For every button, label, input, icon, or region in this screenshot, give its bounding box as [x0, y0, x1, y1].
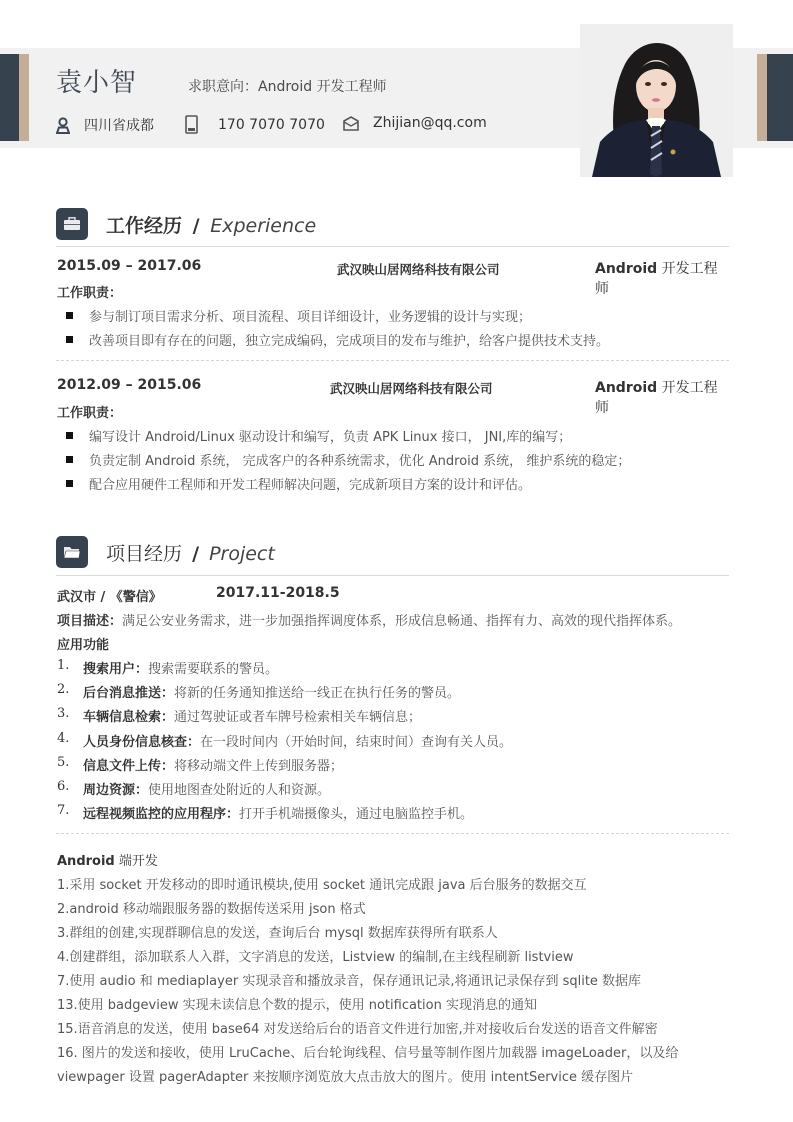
- decor-stripe-dark-left: [0, 54, 19, 141]
- android-item: viewpager 设置 pagerAdapter 来按顺序浏览放大点击放大的图…: [57, 1066, 633, 1085]
- feature-item: 6.周边资源：使用地图查处附近的人和资源。: [57, 779, 330, 798]
- section-title-en: Experience: [210, 215, 316, 237]
- feature-text: 在一段时间内（开始时间，结束时间）查询有关人员。: [200, 731, 512, 750]
- feature-title: 后台消息推送：: [83, 682, 174, 701]
- feature-number: 4.: [57, 731, 83, 750]
- feature-item: 7.远程视频监控的应用程序：打开手机端摄像头，通过电脑监控手机。: [57, 803, 473, 822]
- android-item: 4.创建群组，添加联系人入群，文字消息的发送，Listview 的编制,在主线程…: [57, 946, 574, 965]
- duty-item: 参与制订项目需求分析、项目流程、项目详细设计，业务逻辑的设计与实现；: [66, 306, 531, 325]
- job-company: 武汉映山居网络科技有限公司: [330, 379, 493, 397]
- dashed-divider: [56, 360, 729, 361]
- section-title-slash: /: [192, 543, 199, 565]
- section-title-slash: /: [193, 215, 200, 237]
- project-date: 2017.11-2018.5: [216, 585, 340, 601]
- section-title-en: Project: [209, 543, 275, 565]
- candidate-name: 袁小智: [56, 62, 137, 99]
- feature-number: 3.: [57, 706, 83, 725]
- section-title-project: 项目经历 / Project: [106, 539, 275, 566]
- duty-item: 编写设计 Android/Linux 驱动设计和编写，负责 APK Linux …: [66, 426, 571, 445]
- feature-text: 搜索需要联系的警员。: [148, 658, 278, 677]
- features-label: 应用功能: [57, 634, 109, 653]
- android-item: 16. 图片的发送和接收，使用 LruCache、后台轮询线程、信号量等制作图片…: [57, 1042, 678, 1061]
- feature-item: 3.车辆信息检索：通过驾驶证或者车牌号检索相关车辆信息；: [57, 706, 421, 725]
- project-place: 武汉市 / 《警信》: [57, 586, 162, 605]
- mobile-phone-icon: [185, 115, 198, 134]
- android-label-bold: Android: [57, 854, 115, 869]
- feature-text: 打开手机端摄像头，通过电脑监控手机。: [239, 803, 473, 822]
- duty-text: 配合应用硬件工程师和开发工程师解决问题，完成新项目方案的设计和评估。: [89, 474, 531, 493]
- square-bullet-icon: [66, 432, 73, 439]
- square-bullet-icon: [66, 336, 73, 343]
- feature-title: 信息文件上传：: [83, 755, 174, 774]
- feature-number: 5.: [57, 755, 83, 774]
- feature-item: 5.信息文件上传：将移动端文件上传到服务器；: [57, 755, 343, 774]
- feature-item: 1.搜索用户：搜索需要联系的警员。: [57, 658, 278, 677]
- job-company: 武汉映山居网络科技有限公司: [337, 260, 500, 278]
- feature-number: 2.: [57, 682, 83, 701]
- job-role-bold: Android: [595, 261, 657, 277]
- android-item: 3.群组的创建,实现群聊信息的发送，查询后台 mysql 数据库获得所有联系人: [57, 922, 498, 941]
- feature-item: 2.后台消息推送：将新的任务通知推送给一线正在执行任务的警员。: [57, 682, 460, 701]
- envelope-icon: [343, 116, 359, 131]
- section-divider: [56, 575, 729, 576]
- section-header-experience: 工作经历 / Experience: [56, 208, 316, 240]
- duty-item: 负责定制 Android 系统， 完成客户的各种系统需求，优化 Android …: [66, 450, 630, 469]
- feature-title: 周边资源：: [83, 779, 148, 798]
- job-role: Android 开发工程师: [595, 258, 727, 298]
- briefcase-icon: [56, 208, 88, 240]
- android-item: 1.采用 socket 开发移动的即时通讯模块,使用 socket 通讯完成跟 …: [57, 874, 587, 893]
- duty-text: 负责定制 Android 系统， 完成客户的各种系统需求，优化 Android …: [89, 450, 630, 469]
- job-date: 2015.09 – 2017.06: [57, 258, 201, 274]
- project-description: 项目描述：满足公安业务需求，进一步加强指挥调度体系，形成信息畅通、指挥有力、高效…: [57, 610, 681, 629]
- square-bullet-icon: [66, 480, 73, 487]
- feature-number: 6.: [57, 779, 83, 798]
- android-item: 15.语音消息的发送，使用 base64 对发送给后台的语音文件进行加密,并对接…: [57, 1018, 658, 1037]
- duty-text: 编写设计 Android/Linux 驱动设计和编写，负责 APK Linux …: [89, 426, 571, 445]
- duty-label: 工作职责：: [57, 282, 122, 301]
- android-label-rest: 端开发: [115, 854, 158, 869]
- feature-number: 7.: [57, 803, 83, 822]
- section-title-cn: 工作经历: [106, 215, 182, 237]
- section-title-cn: 项目经历: [106, 543, 182, 565]
- duty-item: 配合应用硬件工程师和开发工程师解决问题，完成新项目方案的设计和评估。: [66, 474, 531, 493]
- folder-icon: [56, 536, 88, 568]
- project-desc-label: 项目描述：: [57, 614, 122, 629]
- feature-item: 4.人员身份信息核查：在一段时间内（开始时间，结束时间）查询有关人员。: [57, 731, 512, 750]
- project-desc-text: 满足公安业务需求，进一步加强指挥调度体系，形成信息畅通、指挥有力、高效的现代指挥…: [122, 614, 681, 629]
- email-text: Zhijian@qq.com: [373, 115, 487, 131]
- profile-photo: [580, 24, 733, 177]
- decor-stripe-dark-right: [767, 54, 793, 141]
- contact-location: 四川省成都: [56, 115, 154, 135]
- android-dev-label: Android 端开发: [57, 850, 158, 869]
- feature-title: 人员身份信息核查：: [83, 731, 200, 750]
- job-intent-value: Android 开发工程师: [258, 79, 387, 95]
- square-bullet-icon: [66, 312, 73, 319]
- android-item: 13.使用 badgeview 实现未读信息个数的提示，使用 notificat…: [57, 994, 537, 1013]
- decor-stripe-tan-left: [19, 54, 29, 141]
- job-intent-label: 求职意向：: [188, 79, 258, 95]
- section-divider: [56, 246, 729, 247]
- feature-text: 将移动端文件上传到服务器；: [174, 755, 343, 774]
- contact-email: Zhijian@qq.com: [343, 115, 487, 131]
- duty-text: 参与制订项目需求分析、项目流程、项目详细设计，业务逻辑的设计与实现；: [89, 306, 531, 325]
- duty-item: 改善项目即有存在的问题，独立完成编码，完成项目的发布与维护，给客户提供技术支持。: [66, 330, 609, 349]
- section-header-project: 项目经历 / Project: [56, 536, 275, 568]
- phone-text: 170 7070 7070: [218, 117, 325, 133]
- dashed-divider: [56, 833, 729, 834]
- job-role: Android 开发工程师: [595, 377, 727, 417]
- location-pin-icon: [56, 117, 70, 134]
- square-bullet-icon: [66, 456, 73, 463]
- feature-text: 将新的任务通知推送给一线正在执行任务的警员。: [174, 682, 460, 701]
- feature-number: 1.: [57, 658, 83, 677]
- feature-title: 车辆信息检索：: [83, 706, 174, 725]
- decor-stripe-tan-right: [757, 54, 767, 141]
- feature-text: 通过驾驶证或者车牌号检索相关车辆信息；: [174, 706, 421, 725]
- feature-text: 使用地图查处附近的人和资源。: [148, 779, 330, 798]
- job-intent: 求职意向：Android 开发工程师: [188, 76, 387, 96]
- android-item: 2.android 移动端跟服务器的数据传送采用 json 格式: [57, 898, 366, 917]
- feature-title: 搜索用户：: [83, 658, 148, 677]
- location-text: 四川省成都: [84, 115, 154, 135]
- duty-label: 工作职责：: [57, 402, 122, 421]
- feature-title: 远程视频监控的应用程序：: [83, 803, 239, 822]
- contact-phone: 170 7070 7070: [185, 115, 325, 134]
- job-date: 2012.09 – 2015.06: [57, 377, 201, 393]
- android-item: 7.使用 audio 和 mediaplayer 实现录音和播放录音，保存通讯记…: [57, 970, 641, 989]
- job-role-bold: Android: [595, 380, 657, 396]
- section-title-experience: 工作经历 / Experience: [106, 211, 316, 238]
- duty-text: 改善项目即有存在的问题，独立完成编码，完成项目的发布与维护，给客户提供技术支持。: [89, 330, 609, 349]
